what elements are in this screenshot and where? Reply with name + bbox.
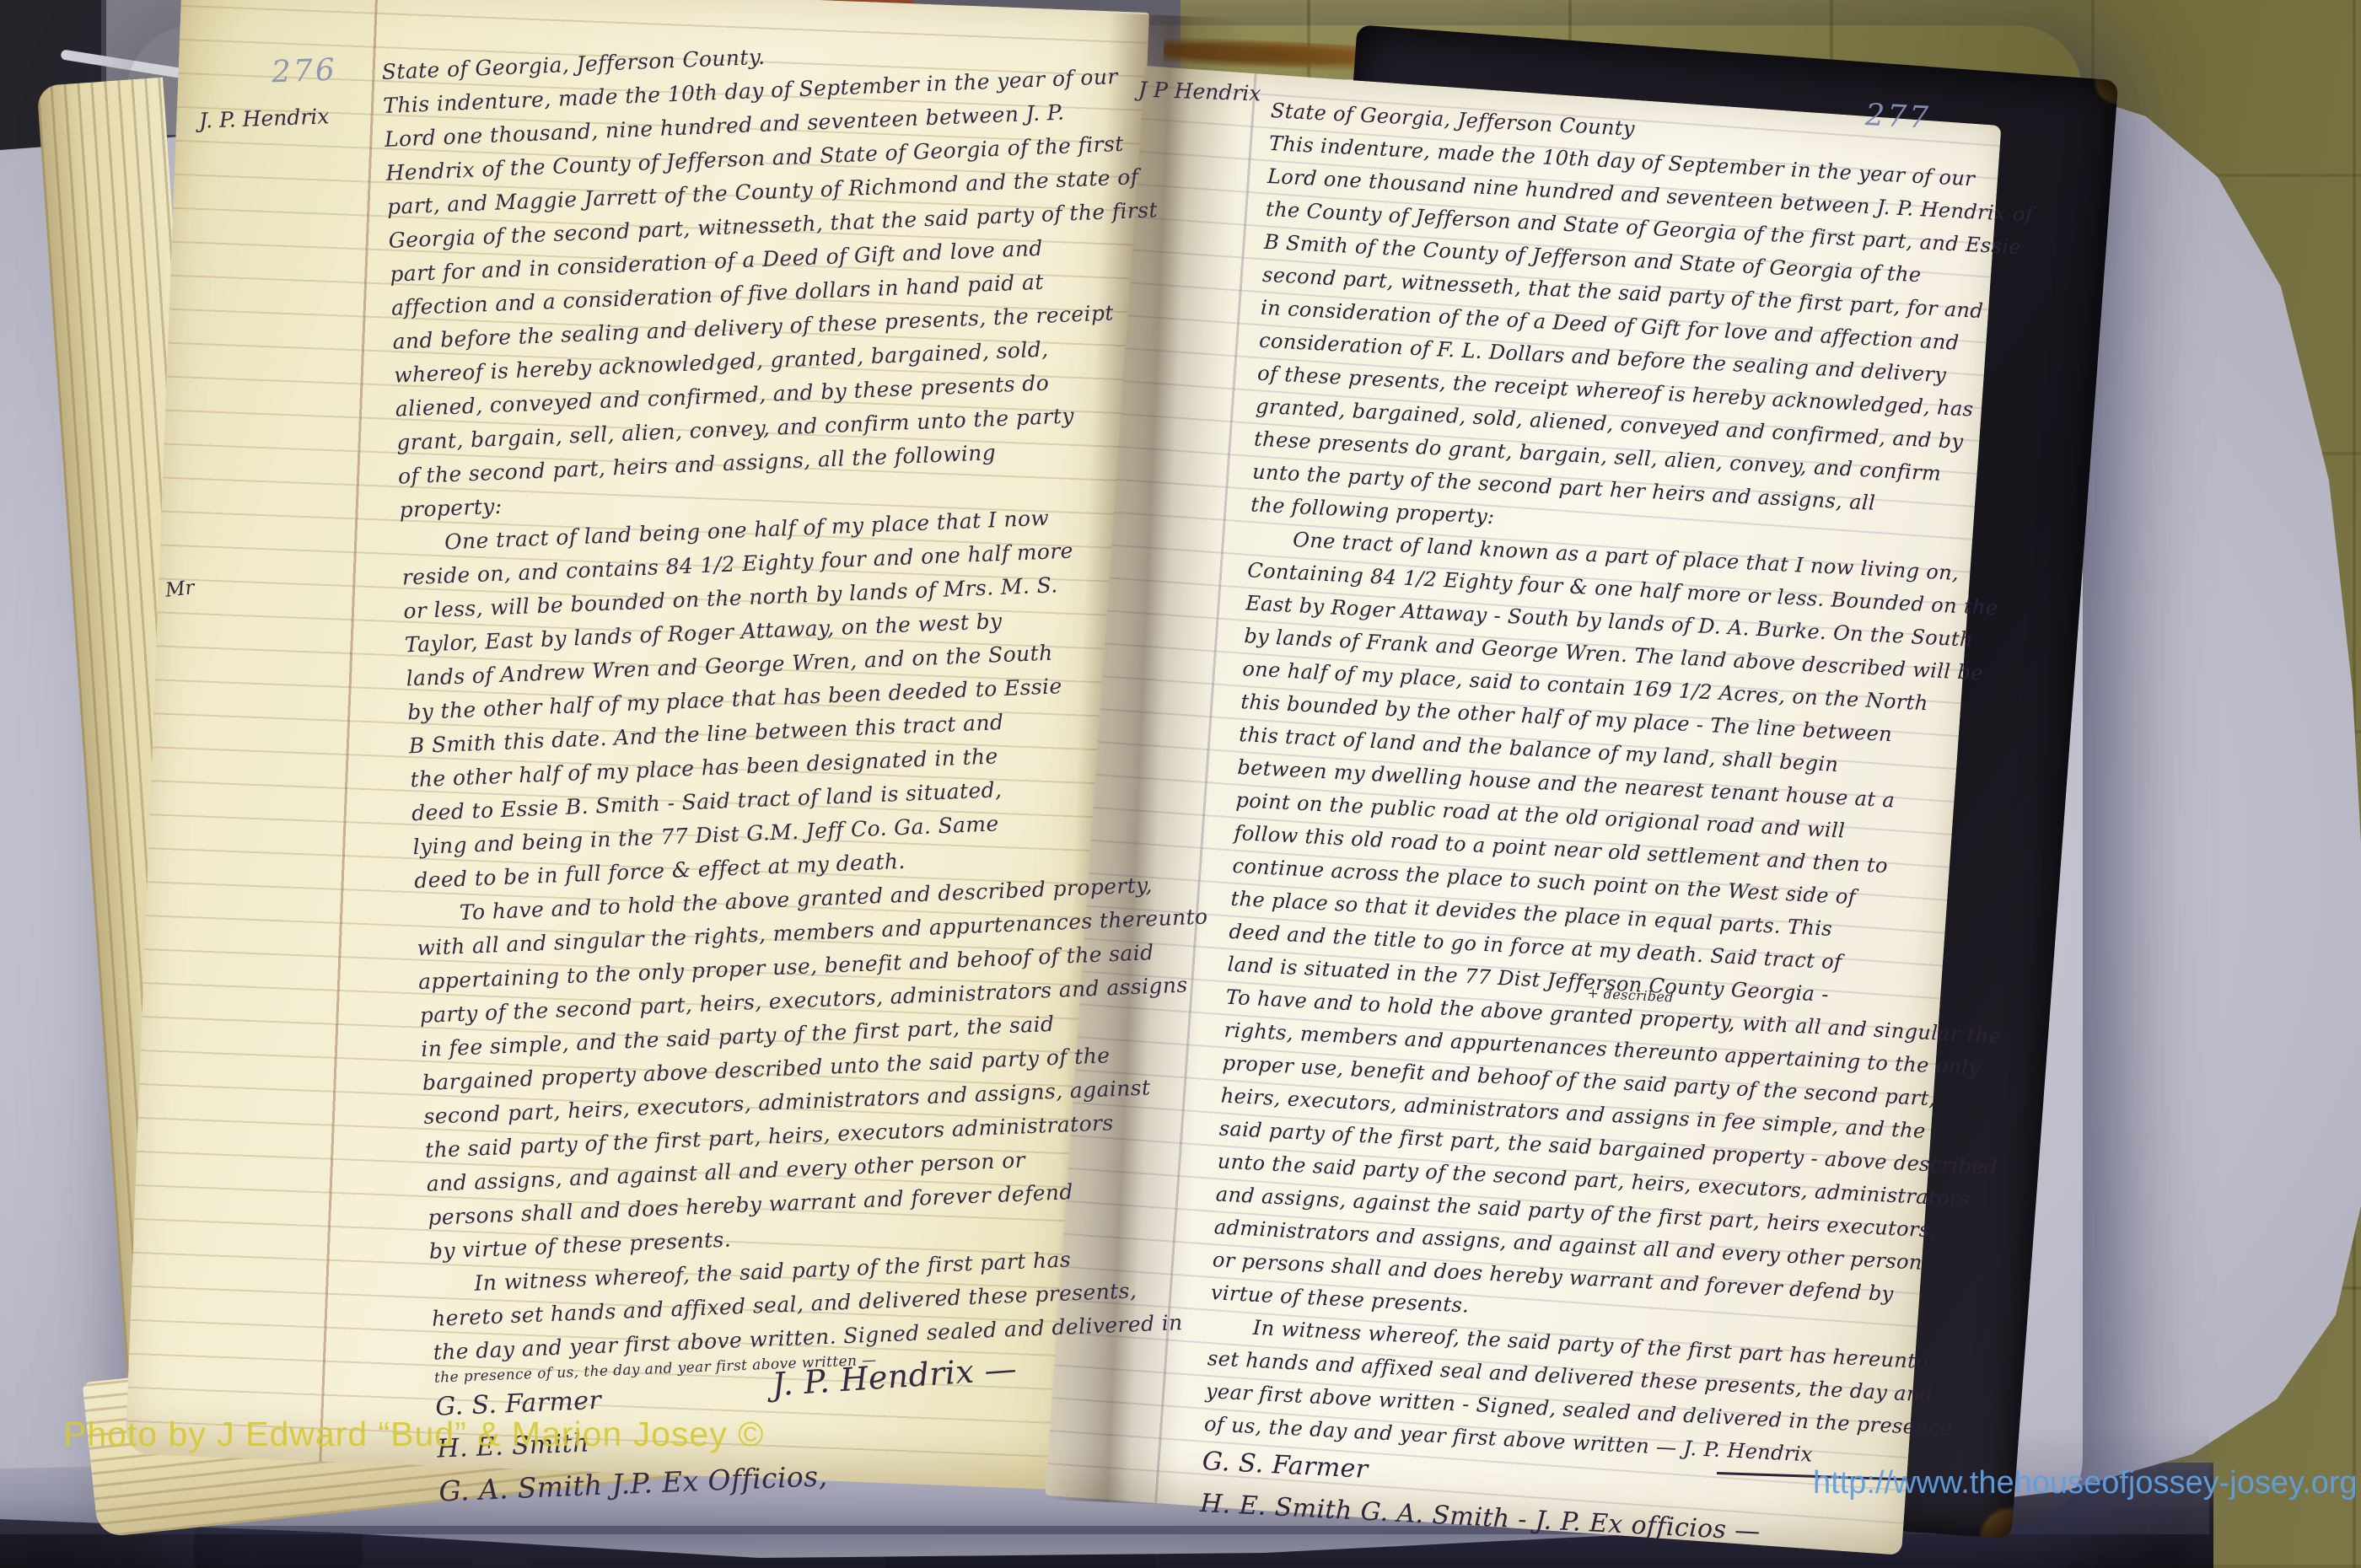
photo-credit-watermark: Photo by J Edward “Bud” & Marion Josey © [63,1415,764,1454]
website-watermark: http://www.thehouseofjossey-josey.org [1813,1465,2358,1501]
left-page-text: State of Georgia, Jefferson County.This … [381,24,1208,1512]
left-margin-note: J. P. Hendrix [199,104,330,132]
left-edge-note: Mr [164,577,196,601]
left-page-number: 276 [271,53,337,90]
left-page-lines: State of Georgia, Jefferson County.This … [381,24,1208,1512]
right-page-lines: State of Georgia, Jefferson CountyThis i… [1199,94,2016,1563]
right-page-text: State of Georgia, Jefferson CountyThis i… [1199,94,2016,1563]
deed-book-photo: 276 J. P. Hendrix Mr State of Georgia, J… [0,0,2361,1568]
right-margin-note: J P Hendrix [1138,77,1261,105]
